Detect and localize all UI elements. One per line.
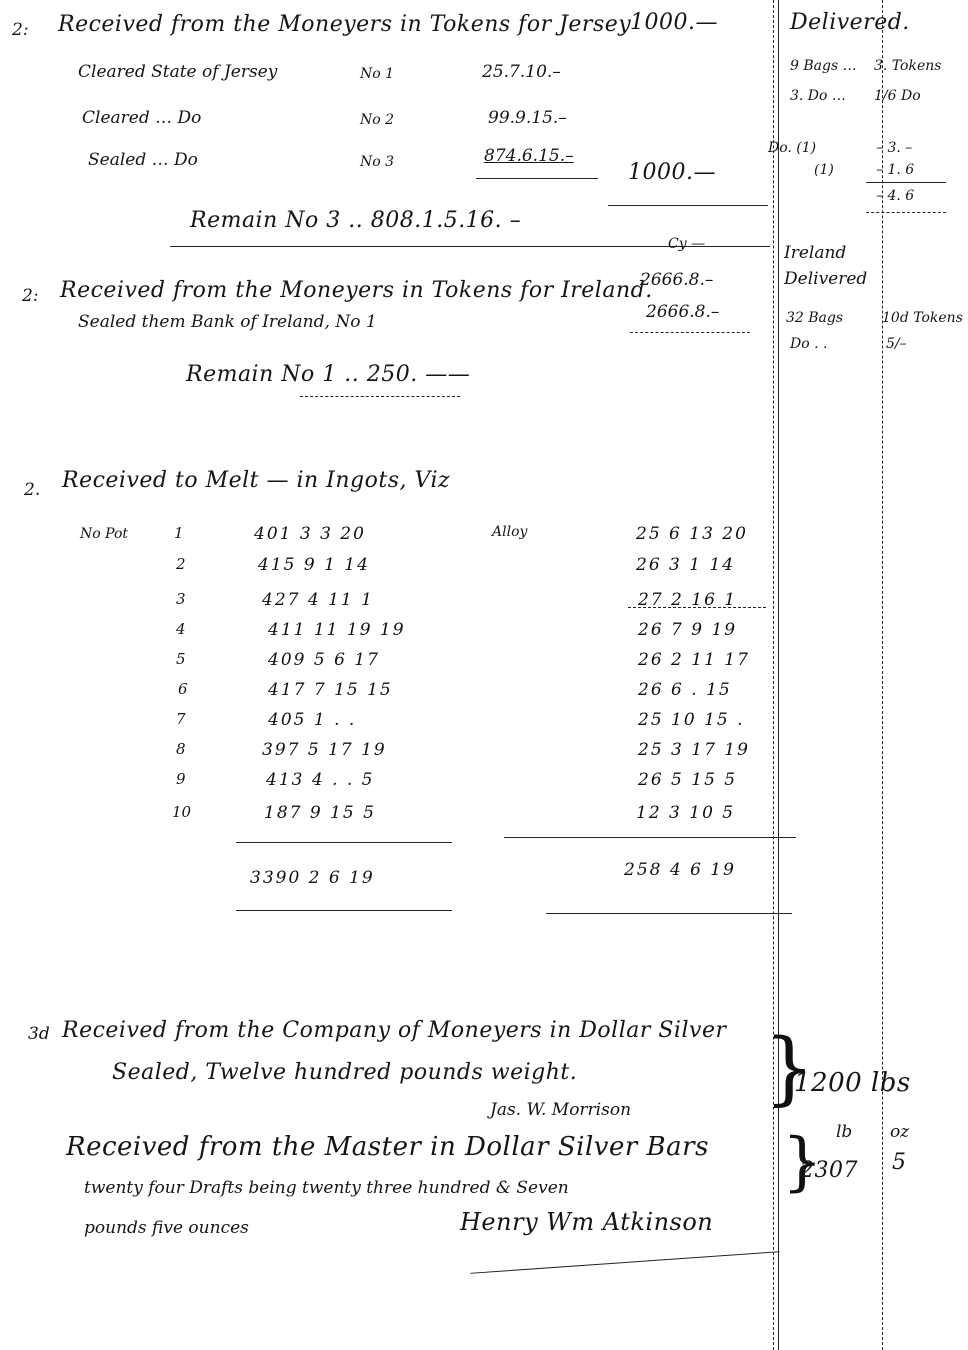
delivered-qty: (1) [814, 162, 834, 178]
delivered-rule [866, 182, 946, 183]
section-heading: Received to Melt — in Ingots, Viz [62, 468, 450, 493]
line-number: No 3 [360, 154, 394, 170]
ingot-row: 4 411 11 19 19 26 7 9 19 [0, 620, 968, 650]
subtotal-rule [476, 178, 598, 179]
line-value: 25.7.10.– [482, 62, 561, 82]
signature: Jas. W. Morrison [490, 1100, 631, 1120]
weight-total-rule [236, 842, 452, 843]
section-amount: 1000.— [630, 10, 718, 35]
amount-note: Cy — [668, 236, 705, 252]
line-value: 2666.8.– [646, 302, 719, 322]
ingot-row: 9 413 4 . . 5 26 5 15 5 [0, 770, 968, 800]
total-rule [608, 205, 768, 206]
section-amount: 2666.8.– [640, 270, 713, 290]
ingot-row: 6 417 7 15 15 26 6 . 15 [0, 680, 968, 710]
section-heading: Received from the Moneyers in Tokens for… [60, 278, 653, 303]
ingot-row: 10 187 9 15 5 12 3 10 5 [0, 803, 968, 833]
ingot-row: 2 415 9 1 14 26 3 1 14 [0, 555, 968, 585]
delivered-qty: 32 Bags [786, 310, 843, 326]
alloy-total-rule [504, 837, 796, 838]
delivered-value: – 1. 6 [876, 162, 914, 178]
section-marker: 2: [22, 286, 39, 306]
ingot-row: 5 409 5 6 17 26 2 11 17 [0, 650, 968, 680]
section-marker: 2. [24, 480, 40, 500]
line-value: 874.6.15.– [484, 146, 574, 166]
delivered-total-rule [866, 212, 946, 213]
delivered-value: 1/6 Do [874, 88, 921, 104]
section-heading: Received from the Moneyers in Tokens for… [58, 12, 631, 37]
receipt-line: twenty four Drafts being twenty three hu… [84, 1178, 569, 1198]
line-label: Cleared State of Jersey [78, 62, 277, 82]
section-line: Received from the Company of Moneyers in… [62, 1018, 726, 1043]
delivered-qty: 9 Bags … [790, 58, 857, 74]
receipt-amount: 2307 [800, 1158, 858, 1183]
line-label: Sealed … Do [88, 150, 198, 170]
receipt-oz-label: oz [890, 1122, 909, 1142]
delivered-value: 10d Tokens [882, 310, 963, 326]
line-label: Cleared … Do [82, 108, 201, 128]
line-label: Sealed them Bank of Ireland, No 1 [78, 312, 377, 332]
receipt-oz: 5 [892, 1150, 907, 1175]
remain-line: Remain No 3 .. 808.1.5.16. – [190, 208, 521, 233]
remain-rule [300, 396, 460, 397]
section-marker: 3d [28, 1024, 50, 1044]
line-rule [630, 332, 750, 333]
section-line: Sealed, Twelve hundred pounds weight. [112, 1060, 577, 1085]
ingot-row: 7 405 1 . . 25 10 15 . [0, 710, 968, 740]
total-alloy: 258 4 6 19 [624, 860, 736, 880]
delivered-heading: Ireland Delivered [784, 240, 894, 292]
receipt-signature: Henry Wm Atkinson [460, 1208, 713, 1236]
ingot-row: 3 427 4 11 1 27 2 16 1 [0, 590, 968, 620]
line-number: No 1 [360, 66, 394, 82]
row-divider [628, 607, 766, 608]
delivered-heading: Delivered. [790, 10, 910, 35]
receipt-amount-label: lb [836, 1122, 852, 1142]
delivered-total: – 4. 6 [876, 188, 914, 204]
remain-line: Remain No 1 .. 250. —— [186, 362, 470, 387]
line-number: No 2 [360, 112, 394, 128]
ingot-row: 1 401 3 3 20 25 6 13 20 [0, 524, 968, 554]
ingot-row: 8 397 5 17 19 25 3 17 19 [0, 740, 968, 770]
delivered-qty: Do. (1) [768, 140, 816, 156]
signature-flourish [470, 1251, 779, 1274]
delivered-qty: Do . . [790, 336, 827, 352]
section-marker: 2: [12, 20, 29, 40]
weight-total-double-rule [236, 910, 452, 911]
delivered-value: – 3. – [876, 140, 912, 156]
delivered-value: 5/– [886, 336, 907, 352]
alloy-total-double-rule [546, 913, 792, 914]
delivered-value: 3. Tokens [874, 58, 941, 74]
receipt-line: Received from the Master in Dollar Silve… [66, 1132, 709, 1162]
receipt-line: pounds five ounces [84, 1218, 249, 1238]
delivered-qty: 3. Do … [790, 88, 846, 104]
section-total: 1000.— [628, 160, 716, 185]
line-value: 99.9.15.– [488, 108, 567, 128]
amount: 1200 lbs [794, 1068, 911, 1098]
total-weight: 3390 2 6 19 [250, 868, 375, 888]
